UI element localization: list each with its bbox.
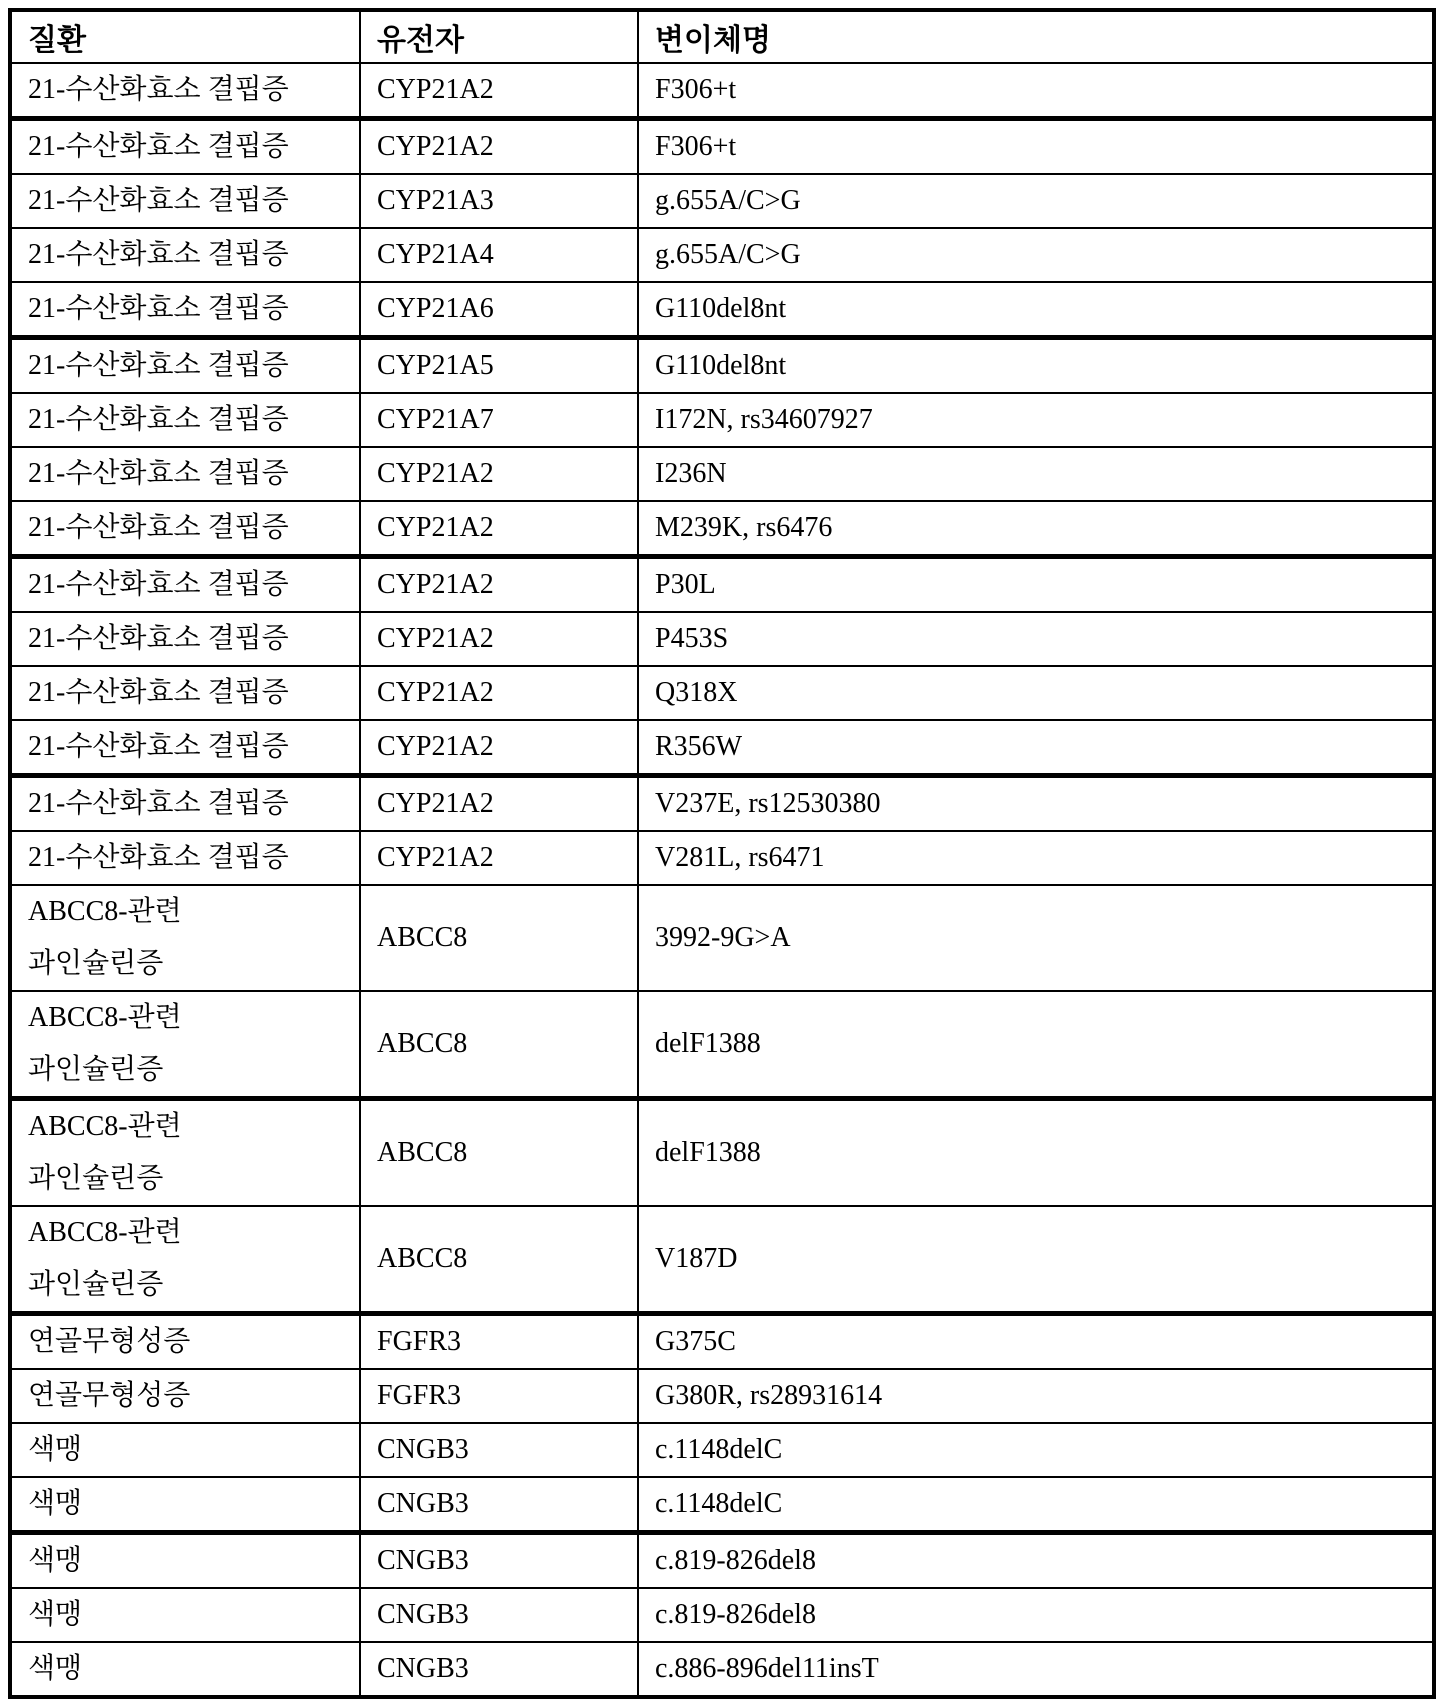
- table-row: ABCC8-관련 과인슐린증ABCC8delF1388: [10, 991, 1434, 1099]
- cell-disease: 색맹: [10, 1642, 360, 1697]
- cell-variant: c.819-826del8: [638, 1588, 1434, 1642]
- table-row: 21-수산화효소 결핍증CYP21A2P453S: [10, 612, 1434, 666]
- cell-gene: CYP21A6: [360, 282, 638, 338]
- cell-disease: 21-수산화효소 결핍증: [10, 501, 360, 557]
- cell-gene: CYP21A7: [360, 393, 638, 447]
- cell-gene: CYP21A2: [360, 720, 638, 776]
- cell-gene: CYP21A3: [360, 174, 638, 228]
- table-row: 색맹CNGB3c.1148delC: [10, 1423, 1434, 1477]
- table-row: 연골무형성증FGFR3G375C: [10, 1314, 1434, 1370]
- cell-disease: ABCC8-관련 과인슐린증: [10, 1206, 360, 1314]
- cell-variant: I172N, rs34607927: [638, 393, 1434, 447]
- table-row: 21-수산화효소 결핍증CYP21A2R356W: [10, 720, 1434, 776]
- cell-variant: G380R, rs28931614: [638, 1369, 1434, 1423]
- page: { "table": { "columns": ["질환", "유전자", "변…: [0, 0, 1444, 1693]
- cell-gene: CYP21A2: [360, 63, 638, 119]
- cell-variant: g.655A/C>G: [638, 228, 1434, 282]
- column-header-gene: 유전자: [360, 10, 638, 63]
- table-body: 21-수산화효소 결핍증CYP21A2F306+t21-수산화효소 결핍증CYP…: [10, 63, 1434, 1697]
- cell-gene: CNGB3: [360, 1588, 638, 1642]
- table-row: 21-수산화효소 결핍증CYP21A2M239K, rs6476: [10, 501, 1434, 557]
- cell-variant: I236N: [638, 447, 1434, 501]
- cell-variant: P453S: [638, 612, 1434, 666]
- cell-gene: FGFR3: [360, 1314, 638, 1370]
- cell-disease: 21-수산화효소 결핍증: [10, 776, 360, 832]
- cell-disease: ABCC8-관련 과인슐린증: [10, 1099, 360, 1207]
- cell-disease: 21-수산화효소 결핍증: [10, 338, 360, 394]
- column-header-variant: 변이체명: [638, 10, 1434, 63]
- cell-disease: ABCC8-관련 과인슐린증: [10, 885, 360, 991]
- cell-variant: G110del8nt: [638, 338, 1434, 394]
- cell-variant: R356W: [638, 720, 1434, 776]
- cell-gene: ABCC8: [360, 991, 638, 1099]
- table-row: ABCC8-관련 과인슐린증ABCC83992-9G>A: [10, 885, 1434, 991]
- table-row: 21-수산화효소 결핍증CYP21A2V237E, rs12530380: [10, 776, 1434, 832]
- header-row: 질환 유전자 변이체명: [10, 10, 1434, 63]
- cell-gene: ABCC8: [360, 885, 638, 991]
- cell-gene: CYP21A2: [360, 501, 638, 557]
- cell-variant: V187D: [638, 1206, 1434, 1314]
- cell-disease: 색맹: [10, 1533, 360, 1589]
- table-row: 21-수산화효소 결핍증CYP21A2I236N: [10, 447, 1434, 501]
- cell-variant: c.886-896del11insT: [638, 1642, 1434, 1697]
- table-row: 연골무형성증FGFR3G380R, rs28931614: [10, 1369, 1434, 1423]
- table-row: 색맹CNGB3c.819-826del8: [10, 1533, 1434, 1589]
- cell-disease: 21-수산화효소 결핍증: [10, 612, 360, 666]
- table-row: 21-수산화효소 결핍증CYP21A7I172N, rs34607927: [10, 393, 1434, 447]
- cell-disease: 21-수산화효소 결핍증: [10, 228, 360, 282]
- cell-gene: CNGB3: [360, 1642, 638, 1697]
- cell-disease: 21-수산화효소 결핍증: [10, 447, 360, 501]
- cell-variant: F306+t: [638, 63, 1434, 119]
- cell-gene: CNGB3: [360, 1423, 638, 1477]
- cell-gene: CYP21A2: [360, 612, 638, 666]
- cell-variant: c.819-826del8: [638, 1533, 1434, 1589]
- cell-disease: 21-수산화효소 결핍증: [10, 557, 360, 613]
- table-row: ABCC8-관련 과인슐린증ABCC8V187D: [10, 1206, 1434, 1314]
- cell-disease: 21-수산화효소 결핍증: [10, 393, 360, 447]
- cell-disease: 21-수산화효소 결핍증: [10, 831, 360, 885]
- table-row: ABCC8-관련 과인슐린증ABCC8delF1388: [10, 1099, 1434, 1207]
- cell-disease: 21-수산화효소 결핍증: [10, 119, 360, 175]
- table-row: 21-수산화효소 결핍증CYP21A3g.655A/C>G: [10, 174, 1434, 228]
- cell-disease: 21-수산화효소 결핍증: [10, 282, 360, 338]
- cell-variant: G110del8nt: [638, 282, 1434, 338]
- table-row: 21-수산화효소 결핍증CYP21A2Q318X: [10, 666, 1434, 720]
- cell-variant: M239K, rs6476: [638, 501, 1434, 557]
- cell-variant: F306+t: [638, 119, 1434, 175]
- cell-variant: P30L: [638, 557, 1434, 613]
- cell-gene: ABCC8: [360, 1099, 638, 1207]
- cell-gene: CYP21A2: [360, 831, 638, 885]
- column-header-disease: 질환: [10, 10, 360, 63]
- table-row: 색맹CNGB3c.819-826del8: [10, 1588, 1434, 1642]
- cell-disease: 색맹: [10, 1477, 360, 1533]
- table-row: 색맹CNGB3c.886-896del11insT: [10, 1642, 1434, 1697]
- cell-gene: CYP21A4: [360, 228, 638, 282]
- disease-gene-variant-table: 질환 유전자 변이체명 21-수산화효소 결핍증CYP21A2F306+t21-…: [8, 8, 1436, 1699]
- cell-variant: V237E, rs12530380: [638, 776, 1434, 832]
- cell-variant: 3992-9G>A: [638, 885, 1434, 991]
- cell-disease: 색맹: [10, 1423, 360, 1477]
- cell-disease: 21-수산화효소 결핍증: [10, 666, 360, 720]
- table-row: 21-수산화효소 결핍증CYP21A4g.655A/C>G: [10, 228, 1434, 282]
- cell-gene: CNGB3: [360, 1477, 638, 1533]
- cell-disease: 21-수산화효소 결핍증: [10, 63, 360, 119]
- cell-gene: CYP21A2: [360, 776, 638, 832]
- table-row: 21-수산화효소 결핍증CYP21A2P30L: [10, 557, 1434, 613]
- cell-gene: CYP21A2: [360, 557, 638, 613]
- cell-gene: CNGB3: [360, 1533, 638, 1589]
- table-row: 21-수산화효소 결핍증CYP21A2F306+t: [10, 119, 1434, 175]
- patent-table-document: 질환 유전자 변이체명 21-수산화효소 결핍증CYP21A2F306+t21-…: [8, 8, 1436, 1699]
- cell-gene: FGFR3: [360, 1369, 638, 1423]
- cell-disease: ABCC8-관련 과인슐린증: [10, 991, 360, 1099]
- cell-variant: c.1148delC: [638, 1423, 1434, 1477]
- cell-variant: c.1148delC: [638, 1477, 1434, 1533]
- cell-disease: 21-수산화효소 결핍증: [10, 174, 360, 228]
- cell-disease: 연골무형성증: [10, 1314, 360, 1370]
- table-row: 21-수산화효소 결핍증CYP21A5G110del8nt: [10, 338, 1434, 394]
- cell-disease: 연골무형성증: [10, 1369, 360, 1423]
- table-row: 21-수산화효소 결핍증CYP21A2V281L, rs6471: [10, 831, 1434, 885]
- cell-variant: V281L, rs6471: [638, 831, 1434, 885]
- cell-gene: CYP21A2: [360, 447, 638, 501]
- cell-gene: CYP21A2: [360, 666, 638, 720]
- cell-variant: G375C: [638, 1314, 1434, 1370]
- cell-variant: Q318X: [638, 666, 1434, 720]
- cell-gene: ABCC8: [360, 1206, 638, 1314]
- cell-variant: g.655A/C>G: [638, 174, 1434, 228]
- cell-gene: CYP21A2: [360, 119, 638, 175]
- table-row: 21-수산화효소 결핍증CYP21A2F306+t: [10, 63, 1434, 119]
- cell-variant: delF1388: [638, 991, 1434, 1099]
- cell-disease: 21-수산화효소 결핍증: [10, 720, 360, 776]
- table-header: 질환 유전자 변이체명: [10, 10, 1434, 63]
- cell-variant: delF1388: [638, 1099, 1434, 1207]
- table-row: 21-수산화효소 결핍증CYP21A6G110del8nt: [10, 282, 1434, 338]
- cell-gene: CYP21A5: [360, 338, 638, 394]
- cell-disease: 색맹: [10, 1588, 360, 1642]
- table-row: 색맹CNGB3c.1148delC: [10, 1477, 1434, 1533]
